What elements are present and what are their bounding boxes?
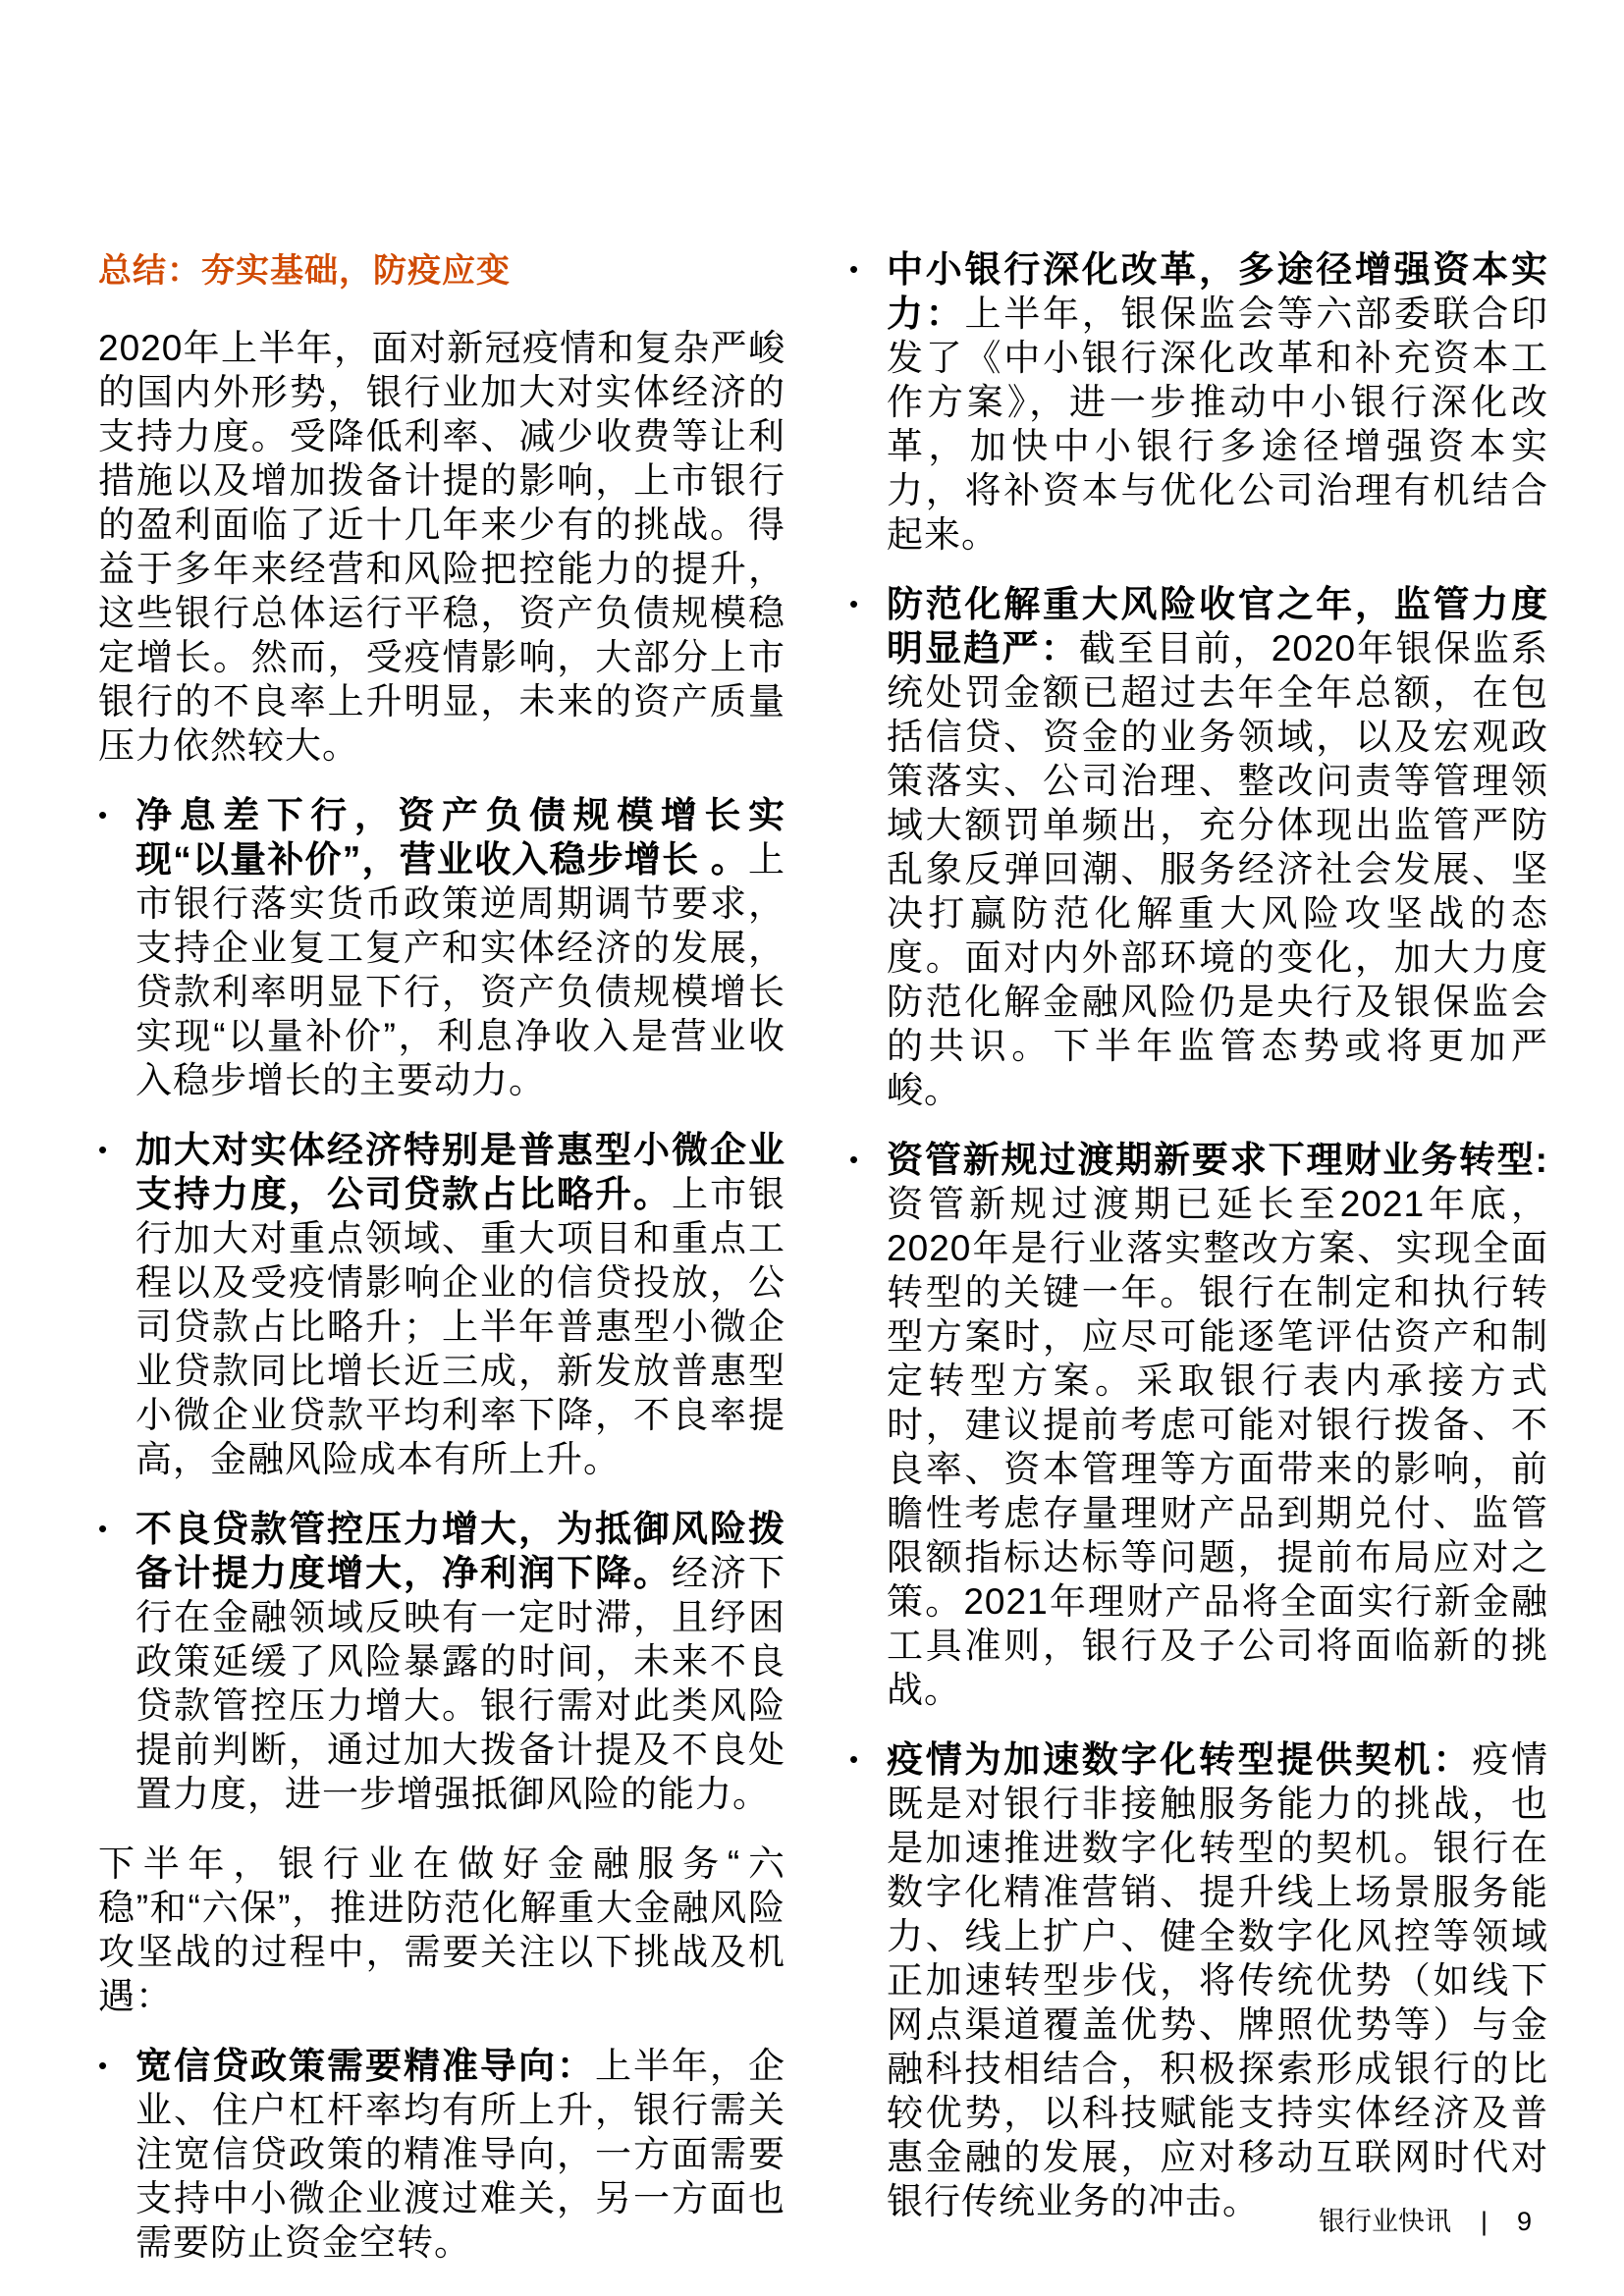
bullet-item: • 中小银行深化改革，多途径增强资本实力：上半年，银保监会等六部委联合印发了《中…: [849, 247, 1548, 557]
intro-paragraph: 2020年上半年，面对新冠疫情和复杂严峻的国内外形势，银行业加大对实体经济的支持…: [98, 326, 785, 768]
bullet-lead-text: 净息差下行，资产负债规模增长实现“以量补价”，营业收入稳步增长 。: [135, 795, 785, 880]
bullet-body-text: 资管新规过渡期已延长至2021年底，2020年是行业落实整改方案、实现全面转型的…: [887, 1184, 1548, 1710]
bullet-marker: •: [849, 1737, 887, 2223]
bullet-body-text: 上半年，银保监会等六部委联合印发了《中小银行深化改革和补充资本工作方案》，进一步…: [887, 294, 1548, 555]
bullet-paragraph: 防范化解重大风险收官之年，监管力度明显趋严：截至目前，2020年银保监系统处罚金…: [887, 582, 1548, 1112]
bullet-marker: •: [98, 1128, 135, 1481]
bullet-body-text: 截至目前，2020年银保监系统处罚金额已超过去年全年总额，在包括信贷、资金的业务…: [887, 628, 1548, 1110]
bullet-marker: •: [98, 793, 135, 1102]
bullet-body-text: 疫情既是对银行非接触服务能力的挑战，也是加速推进数字化转型的契机。银行在数字化精…: [887, 1739, 1548, 2221]
bullet-marker: •: [849, 1138, 887, 1712]
footer-publication-title: 银行业快讯: [1319, 2205, 1451, 2238]
bullet-paragraph: 不良贷款管控压力增大，为抵御风险拨备计提力度增大，净利润下降。经济下行在金融领域…: [135, 1507, 785, 1816]
left-column: 2020年上半年，面对新冠疫情和复杂严峻的国内外形势，银行业加大对实体经济的支持…: [98, 326, 785, 2265]
footer-page-number: 9: [1517, 2205, 1532, 2238]
bullet-item: • 加大对实体经济特别是普惠型小微企业支持力度，公司贷款占比略升。上市银行加大对…: [98, 1128, 785, 1481]
page-footer: 银行业快讯 | 9: [1319, 2205, 1532, 2238]
bullet-marker: •: [849, 247, 887, 557]
bullet-body-text: 上市银行加大对重点领域、重大项目和重点工程以及受疫情影响企业的信贷投放，公司贷款…: [135, 1174, 785, 1479]
bullet-paragraph: 加大对实体经济特别是普惠型小微企业支持力度，公司贷款占比略升。上市银行加大对重点…: [135, 1128, 785, 1481]
bullet-lead-text: 资管新规过渡期新要求下理财业务转型:: [887, 1140, 1548, 1180]
bullet-item: • 宽信贷政策需要精准导向：上半年，企业、住户杠杆率均有所上升，银行需关注宽信贷…: [98, 2044, 785, 2265]
document-page: 总结：夯实基础，防疫应变 2020年上半年，面对新冠疫情和复杂严峻的国内外形势，…: [0, 0, 1624, 2296]
bullet-item: • 防范化解重大风险收官之年，监管力度明显趋严：截至目前，2020年银保监系统处…: [849, 582, 1548, 1112]
bullet-lead-text: 疫情为加速数字化转型提供契机：: [887, 1739, 1472, 1780]
right-column: • 中小银行深化改革，多途径增强资本实力：上半年，银保监会等六部委联合印发了《中…: [849, 247, 1548, 2223]
bullet-paragraph: 宽信贷政策需要精准导向：上半年，企业、住户杠杆率均有所上升，银行需关注宽信贷政策…: [135, 2044, 785, 2265]
bullet-paragraph: 资管新规过渡期新要求下理财业务转型:资管新规过渡期已延长至2021年底，2020…: [887, 1138, 1548, 1712]
bullet-item: • 疫情为加速数字化转型提供契机：疫情既是对银行非接触服务能力的挑战，也是加速推…: [849, 1737, 1548, 2223]
bullet-marker: •: [98, 1507, 135, 1816]
bullet-paragraph: 疫情为加速数字化转型提供契机：疫情既是对银行非接触服务能力的挑战，也是加速推进数…: [887, 1737, 1548, 2223]
bullet-item: • 净息差下行，资产负债规模增长实现“以量补价”，营业收入稳步增长 。上市银行落…: [98, 793, 785, 1102]
bullet-paragraph: 中小银行深化改革，多途径增强资本实力：上半年，银保监会等六部委联合印发了《中小银…: [887, 247, 1548, 557]
bullet-marker: •: [849, 582, 887, 1112]
footer-separator: |: [1481, 2205, 1488, 2238]
transition-paragraph: 下半年，银行业在做好金融服务“六稳”和“六保”，推进防范化解重大金融风险攻坚战的…: [98, 1842, 785, 2018]
bullet-marker: •: [98, 2044, 135, 2265]
bullet-lead-text: 宽信贷政策需要精准导向：: [135, 2046, 595, 2086]
section-title: 总结：夯实基础，防疫应变: [98, 243, 511, 292]
bullet-item: • 资管新规过渡期新要求下理财业务转型:资管新规过渡期已延长至2021年底，20…: [849, 1138, 1548, 1712]
bullet-item: • 不良贷款管控压力增大，为抵御风险拨备计提力度增大，净利润下降。经济下行在金融…: [98, 1507, 785, 1816]
bullet-paragraph: 净息差下行，资产负债规模增长实现“以量补价”，营业收入稳步增长 。上市银行落实货…: [135, 793, 785, 1102]
